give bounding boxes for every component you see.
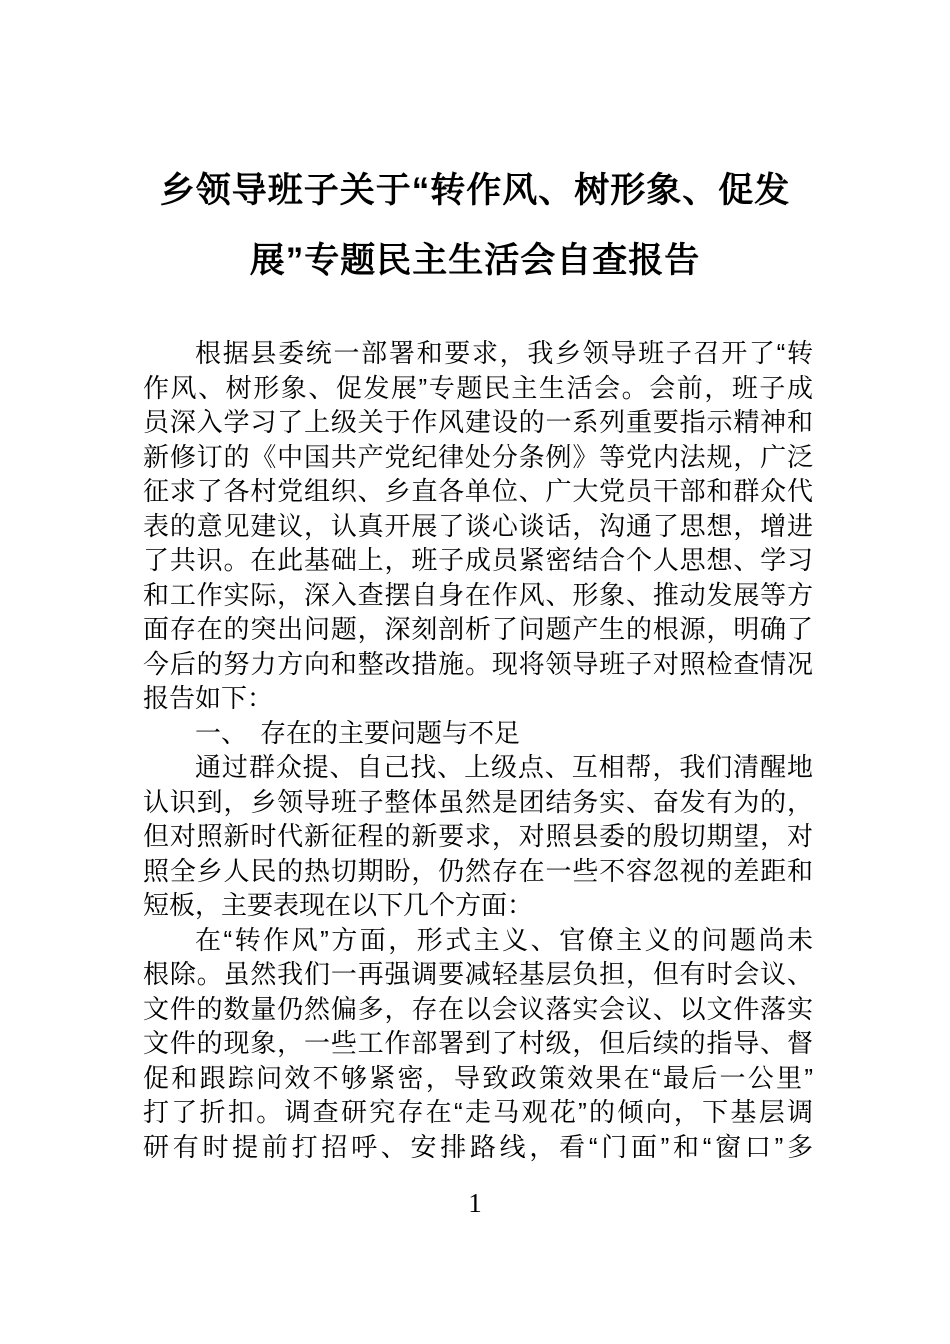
document-title-line-2: 展”专题民主生活会自查报告: [0, 226, 950, 296]
body-line: 和工作实际，深入查摆自身在作风、形象、推动发展等方: [143, 578, 813, 613]
body-line: 打了折扣。调查研究存在“走马观花”的倾向，下基层调: [143, 1095, 813, 1130]
document-title-line-1: 乡领导班子关于“转作风、树形象、促发: [0, 156, 950, 226]
document-page: 乡领导班子关于“转作风、树形象、促发 展”专题民主生活会自查报告 根据县委统一部…: [0, 0, 950, 1344]
body-line: 员深入学习了上级关于作风建设的一系列重要指示精神和: [143, 405, 813, 440]
body-line: 照全乡人民的热切期盼，仍然存在一些不容忽视的差距和: [143, 854, 813, 889]
body-line: 作风、树形象、促发展”专题民主生活会。会前，班子成: [143, 371, 813, 406]
body-line: 认识到，乡领导班子整体虽然是团结务实、奋发有为的，: [143, 785, 813, 820]
body-line: 文件的现象，一些工作部署到了村级，但后续的指导、督: [143, 1026, 813, 1061]
body-line: 新修订的《中国共产党纪律处分条例》等党内法规，广泛: [143, 440, 813, 475]
body-line: 根据县委统一部署和要求，我乡领导班子召开了“转: [143, 336, 813, 371]
document-body: 根据县委统一部署和要求，我乡领导班子召开了“转 作风、树形象、促发展”专题民主生…: [143, 336, 813, 1164]
body-line: 在“转作风”方面，形式主义、官僚主义的问题尚未: [143, 923, 813, 958]
body-line: 表的意见建议，认真开展了谈心谈话，沟通了思想，增进: [143, 509, 813, 544]
body-line: 报告如下：: [143, 681, 813, 716]
body-line: 征求了各村党组织、乡直各单位、广大党员干部和群众代: [143, 474, 813, 509]
page-number: 1: [0, 1188, 950, 1219]
body-line: 但对照新时代新征程的新要求，对照县委的殷切期望，对: [143, 819, 813, 854]
body-line: 促和跟踪问效不够紧密，导致政策效果在“最后一公里”: [143, 1061, 813, 1096]
body-line: 面存在的突出问题，深刻剖析了问题产生的根源，明确了: [143, 612, 813, 647]
body-line: 文件的数量仍然偏多，存在以会议落实会议、以文件落实: [143, 992, 813, 1027]
body-line: 今后的努力方向和整改措施。现将领导班子对照检查情况: [143, 647, 813, 682]
document-title: 乡领导班子关于“转作风、树形象、促发 展”专题民主生活会自查报告: [0, 156, 950, 296]
section-heading: 一、 存在的主要问题与不足: [143, 716, 813, 751]
body-line: 短板，主要表现在以下几个方面：: [143, 888, 813, 923]
body-line: 通过群众提、自己找、上级点、互相帮，我们清醒地: [143, 750, 813, 785]
body-line: 研有时提前打招呼、安排路线，看“门面”和“窗口”多: [143, 1130, 813, 1165]
body-line: 根除。虽然我们一再强调要减轻基层负担，但有时会议、: [143, 957, 813, 992]
body-line: 了共识。在此基础上，班子成员紧密结合个人思想、学习: [143, 543, 813, 578]
